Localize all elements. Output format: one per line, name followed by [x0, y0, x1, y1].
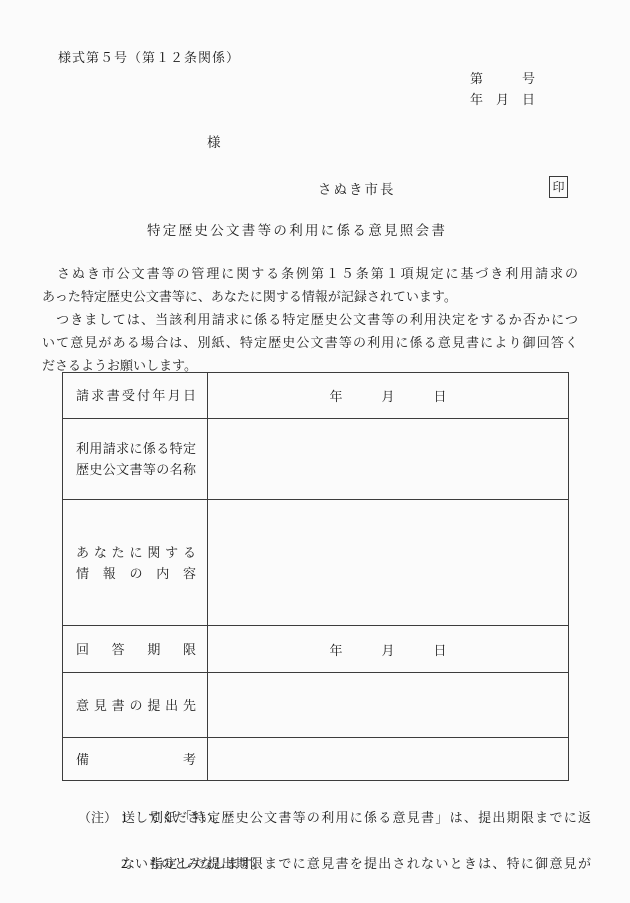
body-line: あった特定歴史公文書等に、あなたに関する情報が記録されています。 — [42, 285, 578, 308]
table-row: 備考 — [63, 738, 569, 781]
row-value-cell — [208, 673, 569, 738]
seal-placeholder-box: 印 — [549, 176, 568, 198]
row-value-cell: 年 月 日 — [208, 626, 569, 673]
form-table: 請求書受付年月日 年 月 日 利用請求に係る特定 歴史公文書等の名称 あなたに関… — [62, 372, 569, 781]
table-row: 回答期限 年 月 日 — [63, 626, 569, 673]
table-row: 意見書の提出先 — [63, 673, 569, 738]
row-label-cell: 請求書受付年月日 — [63, 373, 208, 419]
body-line: つきましては、当該利用請求に係る特定歴史公文書等の利用決定をするか否かにつ — [42, 308, 578, 331]
document-date-line: 年 月 日 — [470, 93, 535, 108]
table-row: 利用請求に係る特定 歴史公文書等の名称 — [63, 419, 569, 500]
body-line: いて意見がある場合は、別紙、特定歴史公文書等の利用に係る意見書により御回答く — [42, 331, 578, 354]
document-page: 様式第５号（第１２条関係） 第 号 年 月 日 様 さぬき市長 印 特定歴史公文… — [0, 0, 630, 903]
body-text: さぬき市公文書等の管理に関する条例第１５条第１項規定に基づき利用請求の あった特… — [42, 262, 578, 377]
row-label-cell: あなたに関する 情報の内容 — [63, 500, 208, 626]
note-line-4: ないものとみなします。 — [122, 852, 264, 875]
document-number-line: 第 号 — [470, 72, 535, 87]
row-value-cell: 年 月 日 — [208, 373, 569, 419]
row-value-cell — [208, 738, 569, 781]
row-label: 意見書の提出先 — [76, 695, 196, 716]
row-label-cell: 利用請求に係る特定 歴史公文書等の名称 — [63, 419, 208, 500]
row-label: あなたに関する — [76, 542, 196, 563]
row-label: 備考 — [76, 749, 196, 770]
row-label-cell: 意見書の提出先 — [63, 673, 208, 738]
row-label-cell: 回答期限 — [63, 626, 208, 673]
row-value-cell — [208, 419, 569, 500]
sender-name: さぬき市長 — [318, 182, 396, 198]
row-label: 回答期限 — [76, 639, 196, 660]
form-number: 様式第５号（第１２条関係） — [58, 51, 240, 66]
note-marker: （注） — [78, 806, 121, 829]
table-row: 請求書受付年月日 年 月 日 — [63, 373, 569, 419]
body-line: さぬき市公文書等の管理に関する条例第１５条第１項規定に基づき利用請求の — [42, 262, 578, 285]
row-label: 利用請求に係る特定 — [76, 438, 196, 459]
document-title: 特定歴史公文書等の利用に係る意見照会書 — [147, 223, 447, 239]
note-line-2: 送してください。 — [122, 806, 226, 829]
row-label-cell: 備考 — [63, 738, 208, 781]
row-label: 請求書受付年月日 — [76, 385, 196, 406]
addressee-suffix: 様 — [207, 135, 221, 151]
row-value-cell — [208, 500, 569, 626]
seal-label: 印 — [552, 181, 564, 193]
row-label: 情報の内容 — [76, 563, 196, 584]
row-label: 歴史公文書等の名称 — [76, 459, 196, 480]
table-row: あなたに関する 情報の内容 — [63, 500, 569, 626]
